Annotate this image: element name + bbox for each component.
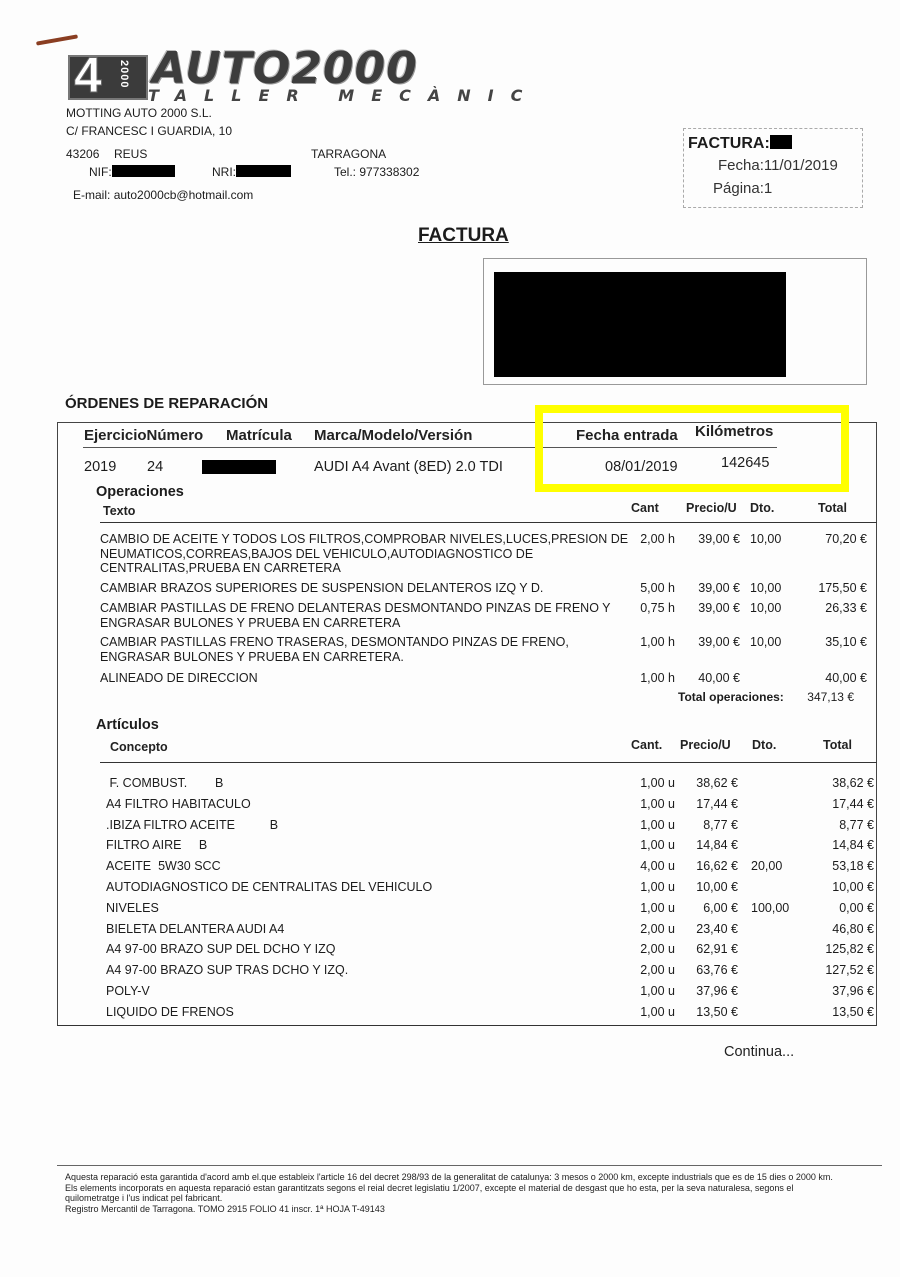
- article-concept: A4 97-00 BRAZO SUP TRAS DCHO Y IZQ.: [106, 963, 348, 978]
- highlight-box: [535, 405, 849, 492]
- article-price: 13,50 €: [676, 1005, 738, 1019]
- article-qty: 1,00 u: [620, 838, 675, 852]
- operation-discount: 10,00: [750, 601, 782, 615]
- client-address-redacted: [494, 272, 786, 377]
- article-price: 23,40 €: [676, 922, 738, 936]
- article-qty: 1,00 u: [620, 984, 675, 998]
- article-concept: A4 FILTRO HABITACULO: [106, 797, 251, 812]
- operation-description: CAMBIAR BRAZOS SUPERIORES DE SUSPENSION …: [100, 581, 630, 596]
- document-title: FACTURA: [418, 225, 509, 247]
- ops-total-label: Total operaciones:: [678, 690, 784, 704]
- ops-col-text: Texto: [103, 504, 135, 518]
- operation-qty: 1,00 h: [620, 635, 675, 649]
- article-concept: POLY-V: [106, 984, 150, 999]
- article-price: 17,44 €: [676, 797, 738, 811]
- pen-mark: [36, 34, 78, 45]
- operation-description: CAMBIAR PASTILLAS FRENO TRASERAS, DESMON…: [100, 635, 630, 664]
- ops-col-price: Precio/U: [686, 501, 737, 515]
- ops-header-divider: [100, 522, 877, 523]
- repair-orders-title: ÓRDENES DE REPARACIÓN: [65, 395, 268, 412]
- nif-redacted: [112, 165, 175, 177]
- article-price: 16,62 €: [676, 859, 738, 873]
- article-price: 6,00 €: [676, 901, 738, 915]
- invoice-date-label: Fecha:: [718, 157, 764, 174]
- footer-line: quilometratge i l'us indicat pel fabrica…: [65, 1193, 885, 1204]
- article-concept: NIVELES: [106, 901, 159, 916]
- operations-title: Operaciones: [96, 484, 184, 500]
- company-name: MOTTING AUTO 2000 S.L.: [66, 106, 212, 120]
- article-discount: 100,00: [751, 901, 791, 915]
- article-price: 14,84 €: [676, 838, 738, 852]
- ops-col-qty: Cant: [631, 501, 659, 515]
- article-qty: 1,00 u: [620, 880, 675, 894]
- operation-qty: 5,00 h: [620, 581, 675, 595]
- article-total: 0,00 €: [800, 901, 874, 915]
- company-email-field: E-mail: auto2000cb@hotmail.com: [73, 188, 253, 202]
- article-concept: A4 97-00 BRAZO SUP DEL DCHO Y IZQ: [106, 942, 335, 957]
- article-discount: 20,00: [751, 859, 791, 873]
- invoice-number-field: FACTURA:: [688, 135, 792, 153]
- nri-redacted: [236, 165, 291, 177]
- art-col-concept: Concepto: [110, 740, 168, 754]
- invoice-page-value: 1: [764, 180, 772, 197]
- article-qty: 1,00 u: [620, 776, 675, 790]
- operation-qty: 2,00 h: [620, 532, 675, 546]
- article-qty: 1,00 u: [620, 1005, 675, 1019]
- ops-col-total: Total: [818, 501, 847, 515]
- operation-total: 175,50 €: [800, 581, 867, 595]
- email-value: auto2000cb@hotmail.com: [114, 188, 254, 202]
- art-col-qty: Cant.: [631, 738, 662, 752]
- header-model: Marca/Modelo/Versión: [314, 427, 472, 444]
- article-total: 8,77 €: [800, 818, 874, 832]
- invoice-date: Fecha:11/01/2019: [718, 157, 838, 174]
- article-price: 37,96 €: [676, 984, 738, 998]
- article-price: 38,62 €: [676, 776, 738, 790]
- art-col-total: Total: [823, 738, 852, 752]
- header-plate: Matrícula: [226, 427, 292, 444]
- article-total: 53,18 €: [800, 859, 874, 873]
- plate-redacted: [202, 460, 276, 474]
- operation-price: 39,00 €: [676, 635, 740, 649]
- article-qty: 1,00 u: [620, 901, 675, 915]
- article-qty: 1,00 u: [620, 797, 675, 811]
- operation-discount: 10,00: [750, 532, 782, 546]
- nri-field: NRI:: [212, 165, 291, 179]
- invoice-page: Página:1: [713, 180, 772, 197]
- article-concept: AUTODIAGNOSTICO DE CENTRALITAS DEL VEHIC…: [106, 880, 432, 895]
- nif-field: NIF:: [89, 165, 175, 179]
- article-price: 10,00 €: [676, 880, 738, 894]
- article-qty: 2,00 u: [620, 922, 675, 936]
- company-province: TARRAGONA: [311, 147, 386, 161]
- operation-price: 39,00 €: [676, 532, 740, 546]
- company-phone: Tel.: 977338302: [334, 165, 419, 179]
- ops-col-disc: Dto.: [750, 501, 774, 515]
- art-header-divider: [100, 762, 877, 763]
- operation-total: 35,10 €: [800, 635, 867, 649]
- order-number: 24: [147, 459, 163, 475]
- articles-title: Artículos: [96, 717, 159, 733]
- article-concept: .IBIZA FILTRO ACEITE B: [106, 818, 278, 833]
- logo-badge-text: 2000: [118, 60, 130, 88]
- operation-description: CAMBIAR PASTILLAS DE FRENO DELANTERAS DE…: [100, 601, 630, 630]
- invoice-date-value: 11/01/2019: [764, 157, 838, 174]
- invoice-number-redacted: [770, 135, 792, 149]
- article-total: 38,62 €: [800, 776, 874, 790]
- company-postal-code: 43206: [66, 147, 99, 161]
- order-year: 2019: [84, 459, 116, 475]
- article-qty: 4,00 u: [620, 859, 675, 873]
- email-label: E-mail:: [73, 188, 110, 202]
- operation-total: 26,33 €: [800, 601, 867, 615]
- article-concept: FILTRO AIRE B: [106, 838, 207, 853]
- operation-description: ALINEADO DE DIRECCION: [100, 671, 630, 686]
- nif-label: NIF:: [89, 165, 112, 179]
- operation-price: 39,00 €: [676, 601, 740, 615]
- operation-qty: 0,75 h: [620, 601, 675, 615]
- art-col-price: Precio/U: [680, 738, 731, 752]
- logo-badge-digit: 4: [74, 50, 102, 100]
- operation-total: 40,00 €: [800, 671, 867, 685]
- article-total: 125,82 €: [800, 942, 874, 956]
- operation-qty: 1,00 h: [620, 671, 675, 685]
- article-total: 127,52 €: [800, 963, 874, 977]
- article-total: 10,00 €: [800, 880, 874, 894]
- art-col-disc: Dto.: [752, 738, 776, 752]
- footer-line: Registro Mercantil de Tarragona. TOMO 29…: [65, 1204, 885, 1215]
- operation-price: 39,00 €: [676, 581, 740, 595]
- nri-label: NRI:: [212, 165, 236, 179]
- invoice-page-label: Página:: [713, 180, 764, 197]
- article-total: 37,96 €: [800, 984, 874, 998]
- footer-divider: [57, 1165, 882, 1166]
- operation-total: 70,20 €: [800, 532, 867, 546]
- article-total: 46,80 €: [800, 922, 874, 936]
- company-address: C/ FRANCESC I GUARDIA, 10: [66, 124, 232, 138]
- article-total: 17,44 €: [800, 797, 874, 811]
- order-model: AUDI A4 Avant (8ED) 2.0 TDI: [314, 459, 503, 475]
- article-qty: 2,00 u: [620, 963, 675, 977]
- article-price: 8,77 €: [676, 818, 738, 832]
- continues-label: Continua...: [724, 1044, 794, 1060]
- article-concept: LIQUIDO DE FRENOS: [106, 1005, 234, 1020]
- article-qty: 2,00 u: [620, 942, 675, 956]
- operation-discount: 10,00: [750, 635, 782, 649]
- article-concept: BIELETA DELANTERA AUDI A4: [106, 922, 284, 937]
- footer-line: Els elements incorporats en aquesta repa…: [65, 1183, 885, 1194]
- ops-total-value: 347,13 €: [790, 690, 854, 704]
- operation-price: 40,00 €: [676, 671, 740, 685]
- invoice-label: FACTURA:: [688, 135, 770, 152]
- footer-line: Aquesta reparació esta garantida d'acord…: [65, 1172, 885, 1183]
- article-total: 14,84 €: [800, 838, 874, 852]
- header-year-number: EjercicioNúmero: [84, 427, 203, 444]
- footer-legal: Aquesta reparació esta garantida d'acord…: [65, 1172, 885, 1214]
- article-concept: ACEITE 5W30 SCC: [106, 859, 221, 874]
- operation-description: CAMBIO DE ACEITE Y TODOS LOS FILTROS,COM…: [100, 532, 630, 576]
- article-price: 62,91 €: [676, 942, 738, 956]
- article-concept: F. COMBUST. B: [106, 776, 223, 791]
- company-city: REUS: [114, 147, 147, 161]
- logo-tagline: TALLER MECÀNIC: [148, 86, 539, 105]
- article-price: 63,76 €: [676, 963, 738, 977]
- operation-discount: 10,00: [750, 581, 782, 595]
- article-total: 13,50 €: [800, 1005, 874, 1019]
- article-qty: 1,00 u: [620, 818, 675, 832]
